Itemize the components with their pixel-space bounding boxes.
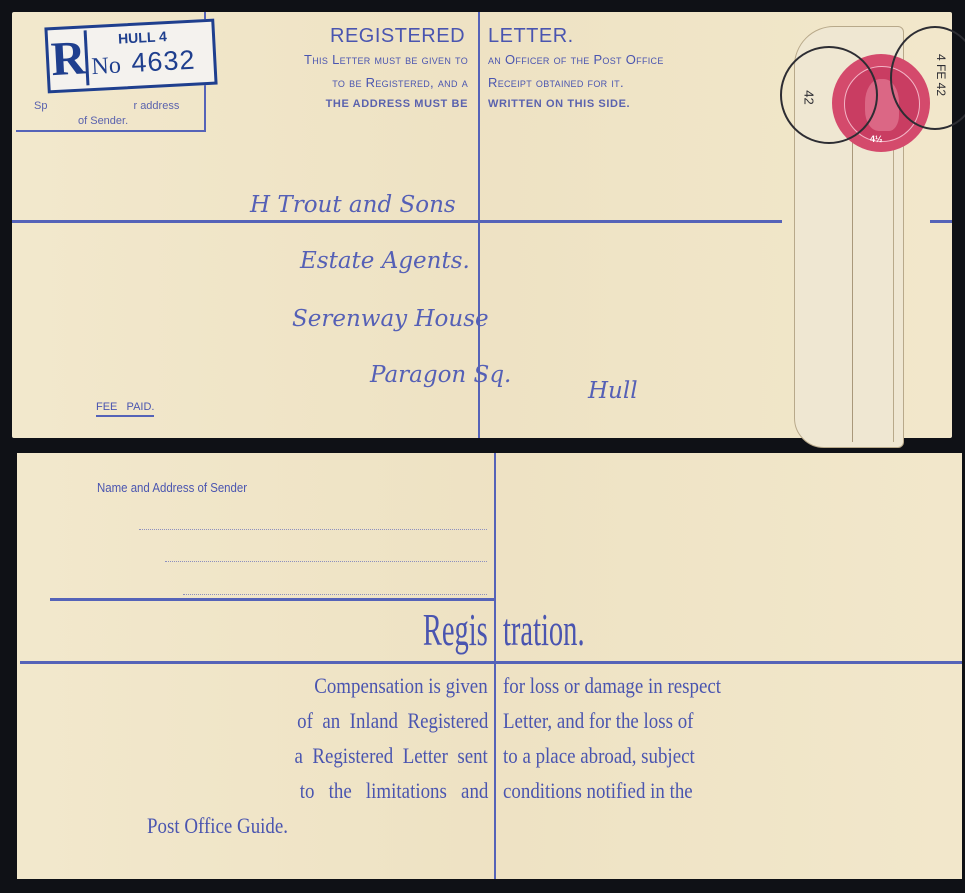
compensation-left-4: to the limitations and (299, 778, 488, 804)
sender-dotted-line-1 (139, 529, 487, 530)
instruction-right-1: an Officer of the Post Office (488, 52, 664, 67)
compensation-left-2: of an Inland Registered (297, 708, 488, 734)
registration-letter: R (50, 30, 90, 87)
address-line-1: H Trout and Sons (250, 192, 456, 218)
heading-registered: REGISTERED (330, 25, 465, 48)
sender-divider-line (50, 598, 494, 601)
stamp-value: 4½ (870, 134, 883, 144)
address-line-4: Paragon Sq. (370, 362, 511, 388)
sender-box-line2: of Sender. (78, 115, 128, 127)
flap-tear (852, 142, 894, 442)
sender-box-line1: Spr address (34, 100, 179, 112)
compensation-left-5: Post Office Guide. (147, 813, 288, 839)
compensation-right-3: to a place abroad, subject (503, 743, 695, 769)
back-vertical-line (494, 453, 496, 879)
fee-paid-label: FEE PAID. (96, 401, 154, 417)
heading-letter: LETTER. (488, 25, 574, 48)
instruction-left-1: This Letter must be given to (304, 52, 468, 67)
compensation-right-4: conditions notified in the (503, 778, 693, 804)
back-horizontal-line (20, 661, 962, 664)
address-line-2: Estate Agents. (300, 248, 470, 274)
registration-office: HULL 4 (118, 28, 168, 47)
compensation-left-1: Compensation is given (315, 673, 488, 699)
front-horizontal-line-right (930, 220, 952, 223)
instruction-left-2: to be Registered, and a (332, 75, 468, 90)
postmark-beverley-road: 42 (780, 46, 878, 144)
registration-number-prefix: No (91, 53, 122, 81)
compensation-right-1: for loss or damage in respect (503, 673, 721, 699)
registration-number: 4632 (131, 45, 197, 79)
title-regis: Regis (423, 603, 488, 656)
title-tration: tration. (503, 603, 585, 656)
compensation-left-3: a Registered Letter sent (295, 743, 488, 769)
instruction-right-3: WRITTEN ON THIS SIDE. (488, 98, 630, 110)
sender-dotted-line-2 (165, 561, 487, 562)
address-line-5: Hull (588, 378, 638, 404)
compensation-right-2: Letter, and for the loss of (503, 708, 693, 734)
instruction-right-2: Receipt obtained for it. (488, 75, 624, 90)
envelope-back: Name and Address of Sender Regis tration… (17, 453, 962, 879)
instruction-left-3: THE ADDRESS MUST BE (326, 98, 468, 110)
registration-label: R HULL 4 No 4632 (44, 19, 217, 94)
address-line-3: Serenway House (292, 306, 489, 332)
envelope-front: Spr address of Sender. R HULL 4 No 4632 … (12, 12, 952, 438)
sender-label: Name and Address of Sender (97, 480, 247, 495)
sender-dotted-line-3 (183, 594, 487, 595)
front-horizontal-line (12, 220, 782, 223)
